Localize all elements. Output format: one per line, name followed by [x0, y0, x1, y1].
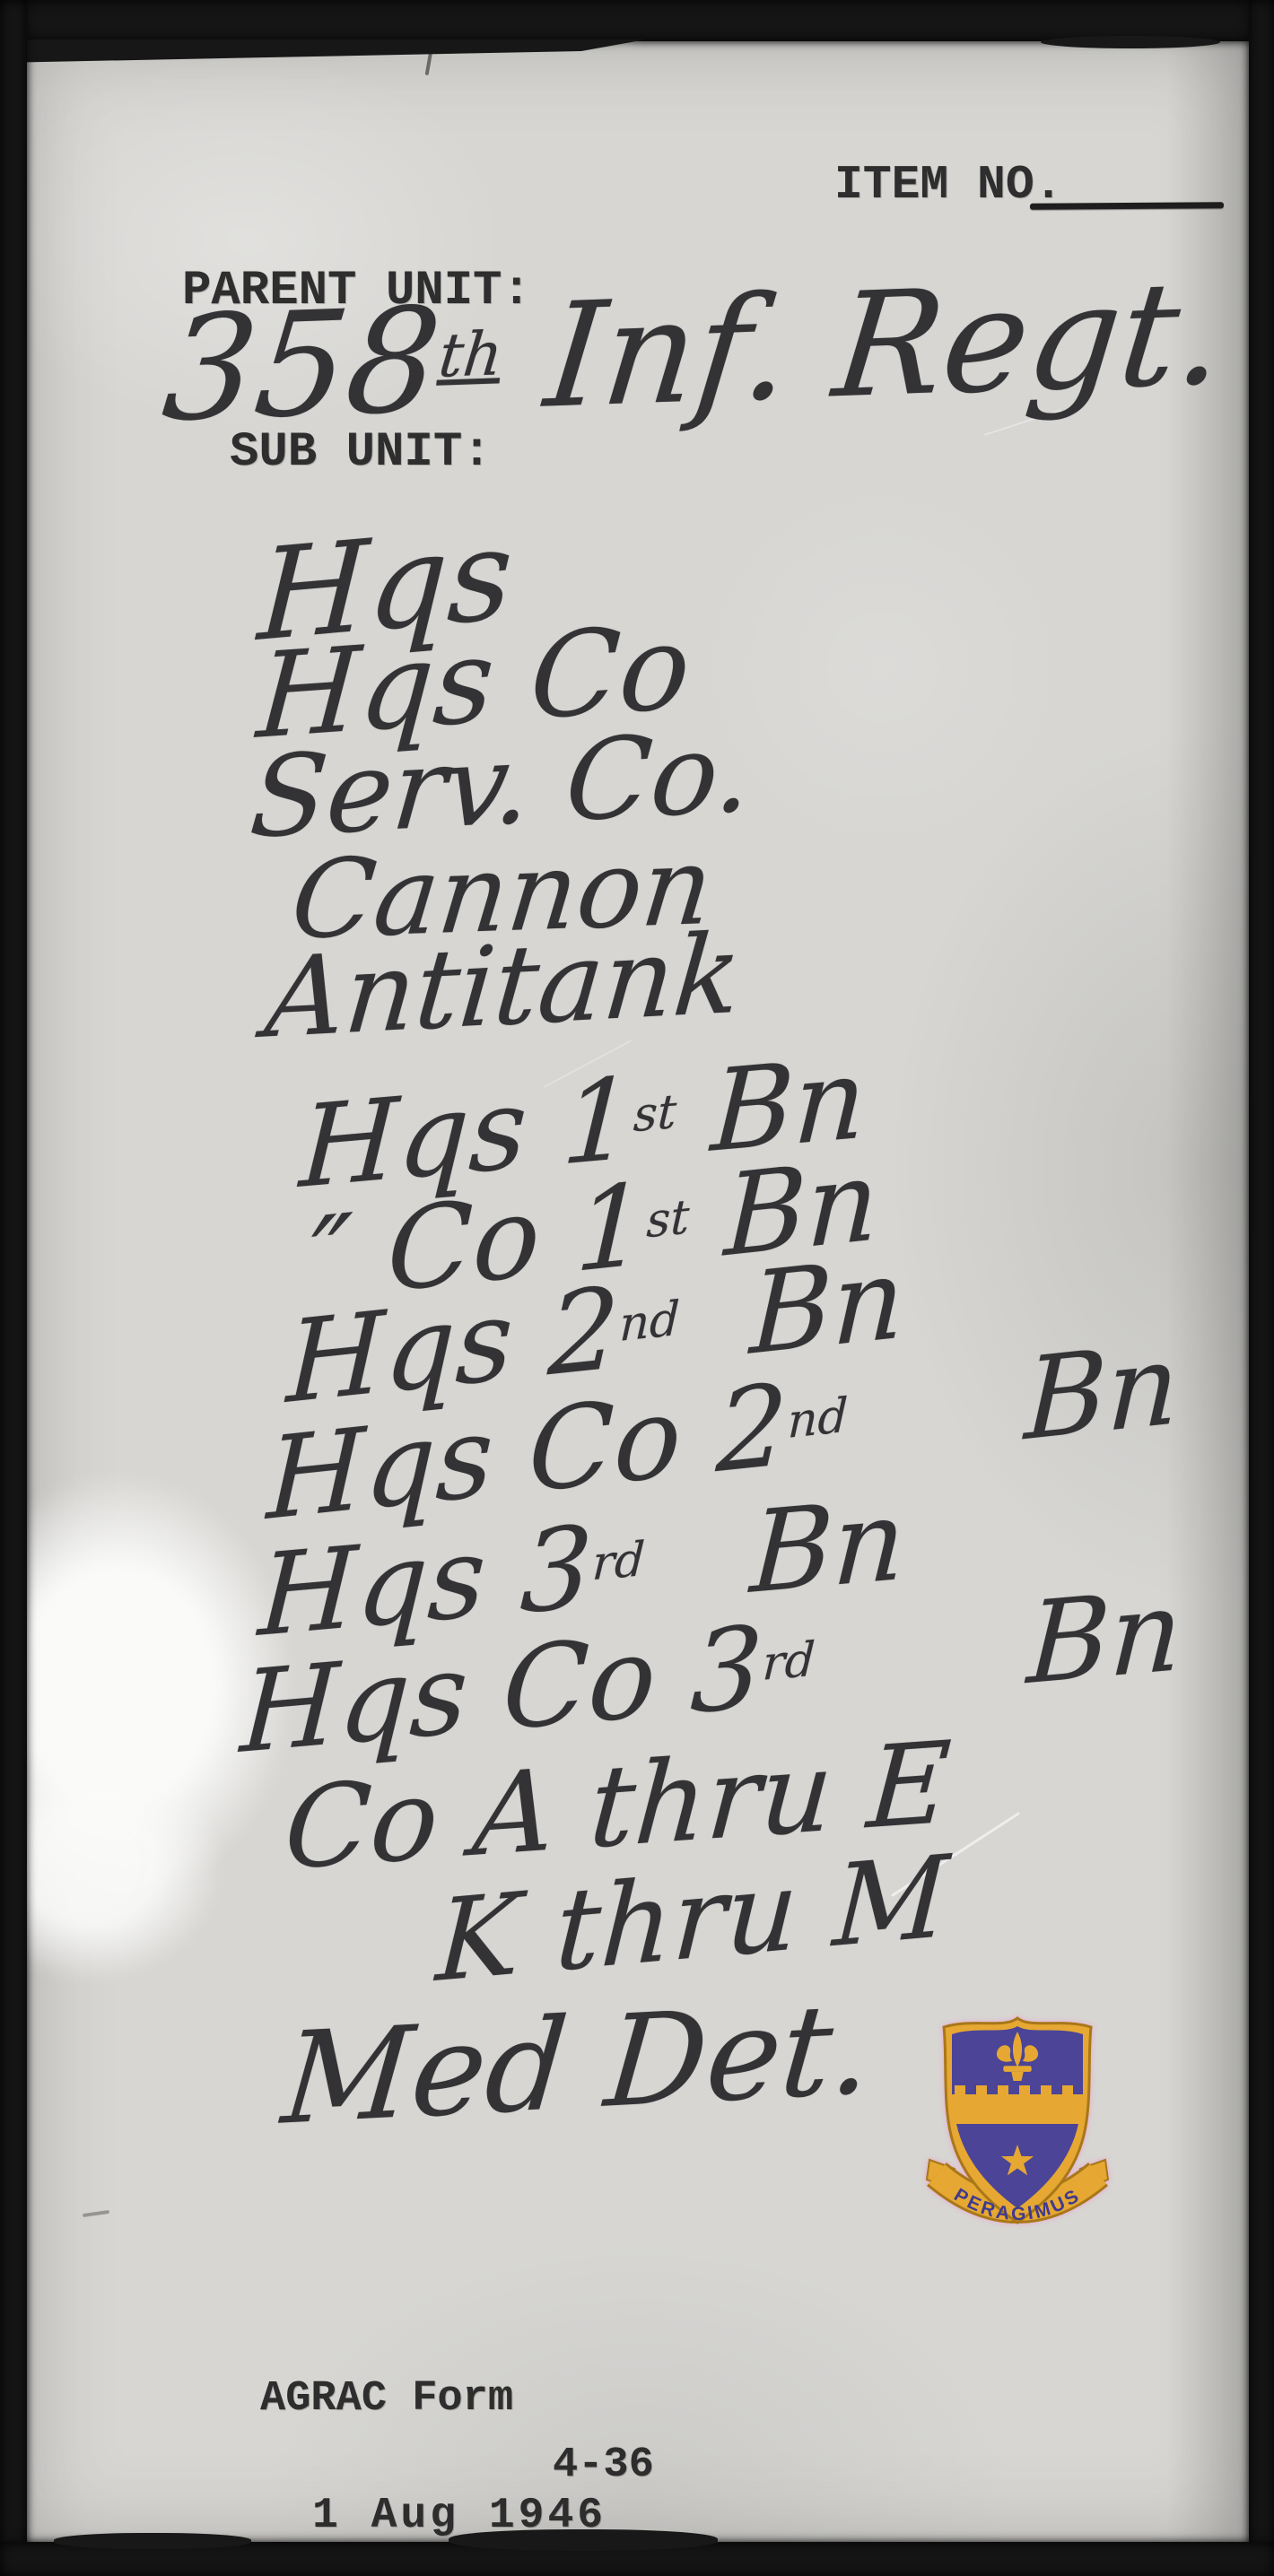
- scan-border-irregularity: [1041, 36, 1220, 48]
- subunit-line: Antitank: [262, 922, 745, 1051]
- handwriting-superscript: th: [436, 318, 506, 391]
- parent-unit-value-handwritten: 358th Inf. Regt.: [158, 265, 1231, 439]
- form-name: AGRAC Form: [260, 2375, 513, 2423]
- item-no-label: ITEM NO.: [834, 158, 1062, 212]
- scanned-document: ITEM NO. PARENT UNIT: SUB UNIT: 358th In…: [0, 0, 1274, 2576]
- handwriting-superscript: rd: [591, 1532, 647, 1592]
- form-number: 4-36: [553, 2441, 654, 2489]
- subunit-line: Med Det.: [278, 1989, 877, 2140]
- scan-border-top: [0, 0, 1274, 41]
- scan-border-right: [1249, 0, 1274, 2576]
- item-no-blank-line: [1030, 202, 1224, 210]
- handwriting-superscript: nd: [618, 1291, 680, 1353]
- handwriting-text: Antitank: [261, 909, 746, 1063]
- scan-border-irregularity: [54, 2533, 251, 2549]
- regimental-crest: PERAGIMUS: [922, 2007, 1113, 2232]
- scan-border-left: [0, 0, 27, 2576]
- handwriting-superscript: nd: [787, 1388, 849, 1449]
- handwriting-text: Inf. Regt.: [493, 248, 1233, 442]
- handwriting-superscript: rd: [761, 1632, 816, 1692]
- handwriting-superscript: st: [646, 1189, 691, 1249]
- crest-svg: PERAGIMUS: [922, 2007, 1113, 2232]
- handwriting-text: 358: [156, 275, 448, 453]
- handwriting-superscript: st: [633, 1084, 678, 1144]
- scan-border-irregularity: [449, 2529, 718, 2551]
